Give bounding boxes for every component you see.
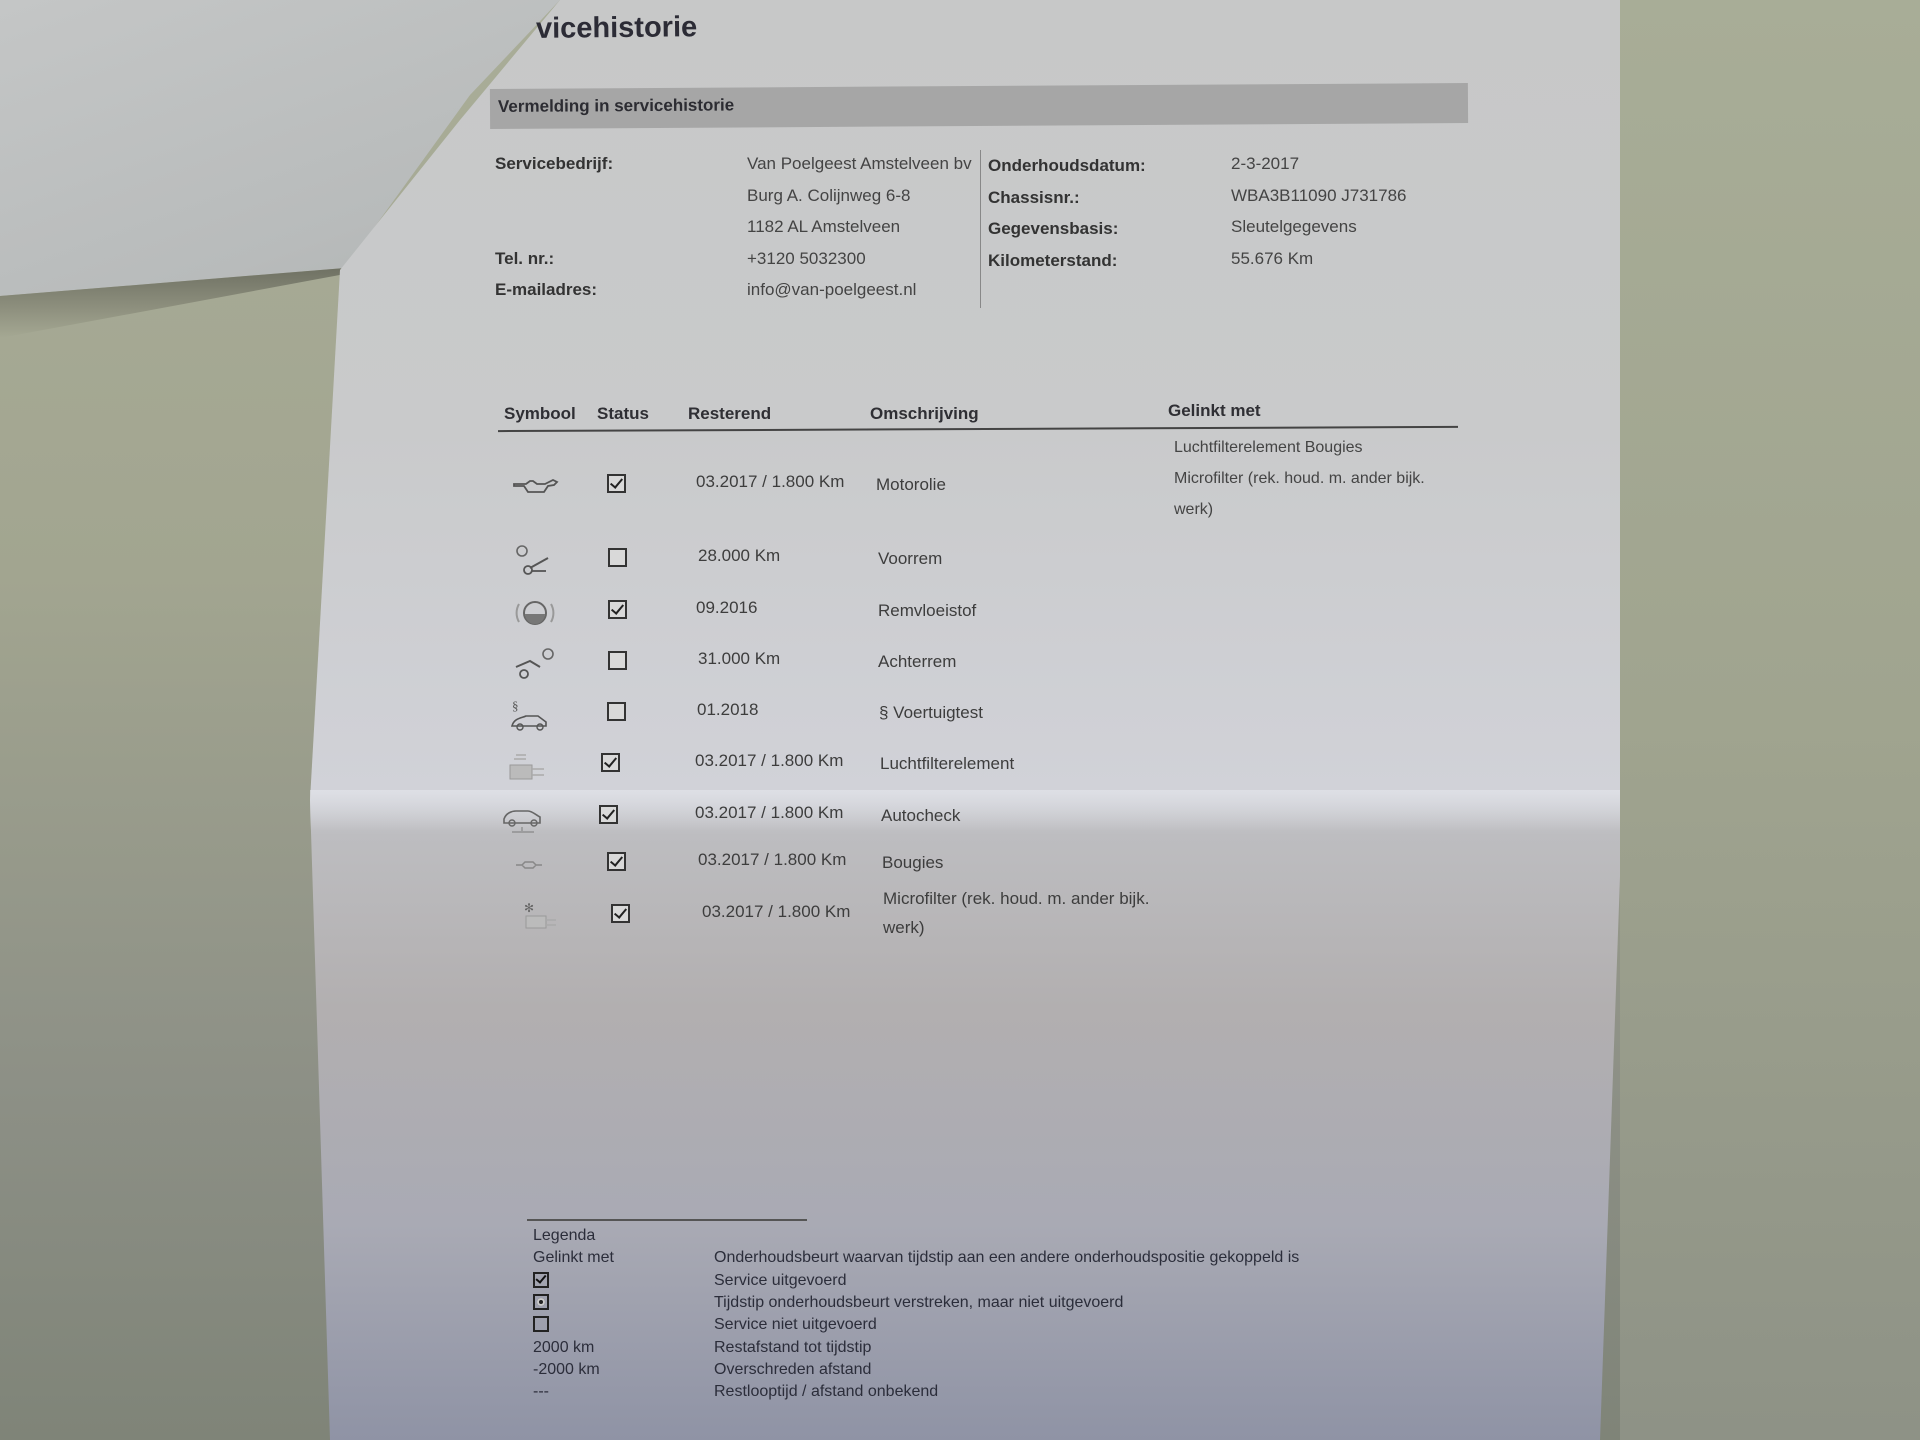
- table-row: 28.000 KmVoorrem: [0, 540, 1920, 580]
- legend-key: 2000 km: [533, 1337, 594, 1359]
- spark-plug-icon: [504, 848, 554, 882]
- description-value: Microfilter (rek. houd. m. ander bijk.we…: [883, 884, 1149, 942]
- description-value: Remvloeistof: [878, 596, 976, 625]
- table-row: 03.2017 / 1.800 KmBougies: [0, 844, 1920, 884]
- oil-can-icon: [510, 470, 560, 504]
- check-done-icon: [533, 1270, 549, 1293]
- vehicle-labels: Onderhoudsdatum: Chassisnr.: Gegevensbas…: [988, 150, 1218, 276]
- legend-description: Tijdstip onderhoudsbeurt verstreken, maa…: [714, 1292, 1123, 1314]
- description-value: Motorolie: [876, 470, 946, 499]
- email-value: info@van-poelgeest.nl: [747, 274, 987, 306]
- legend-title: Legenda: [533, 1225, 595, 1247]
- company-labels: Servicebedrijf: Tel. nr.: E-mailadres:: [495, 148, 695, 306]
- legend-key: ---: [533, 1381, 549, 1403]
- remaining-value: 03.2017 / 1.800 Km: [698, 850, 846, 870]
- header-status: Status: [597, 404, 649, 424]
- status-checkbox-checked: [611, 904, 630, 923]
- header-description: Omschrijving: [870, 404, 979, 424]
- status-checkbox-checked: [607, 852, 626, 871]
- car-check-icon: [500, 801, 550, 835]
- status-checkbox-checked: [608, 600, 627, 619]
- remaining-value: 03.2017 / 1.800 Km: [695, 803, 843, 823]
- legend-key: -2000 km: [533, 1359, 600, 1381]
- vehicle-values: 2-3-2017 WBA3B11090 J731786 Sleutelgegev…: [1231, 148, 1471, 274]
- company-label: Servicebedrijf:: [495, 148, 695, 180]
- description-value: Achterrem: [878, 647, 956, 676]
- company-name: Van Poelgeest Amstelveen bv: [747, 148, 987, 180]
- page-title: vicehistorie: [536, 11, 698, 46]
- description-value: Luchtfilterelement: [880, 749, 1014, 778]
- table-row: ✻03.2017 / 1.800 KmMicrofilter (rek. hou…: [0, 896, 1920, 936]
- remaining-value: 03.2017 / 1.800 Km: [696, 472, 844, 492]
- remaining-value: 28.000 Km: [698, 546, 780, 566]
- check-empty-icon: [533, 1314, 549, 1337]
- info-divider: [980, 150, 981, 308]
- mileage-label: Kilometerstand:: [988, 245, 1218, 277]
- header-linked: Gelinkt met: [1168, 401, 1261, 421]
- description-value: Autocheck: [881, 801, 960, 830]
- rear-brake-icon: [510, 647, 560, 681]
- chassis-label: Chassisnr.:: [988, 182, 1218, 214]
- table-row: 09.2016Remvloeistof: [0, 592, 1920, 632]
- legend-rule: [527, 1219, 807, 1221]
- table-row: §01.2018§ Voertuigtest: [0, 694, 1920, 734]
- status-checkbox-checked: [599, 805, 618, 824]
- table-row: 03.2017 / 1.800 KmAutocheck: [0, 797, 1920, 837]
- microfilter-icon: ✻: [512, 900, 562, 934]
- description-value: Bougies: [882, 848, 943, 877]
- description-value: § Voertuigtest: [879, 698, 983, 727]
- status-checkbox-checked: [601, 753, 620, 772]
- phone-value: +3120 5032300: [747, 243, 987, 275]
- service-table-header: Symbool Status Resterend Omschrijving Ge…: [500, 402, 1460, 428]
- remaining-value: 03.2017 / 1.800 Km: [695, 751, 843, 771]
- date-value: 2-3-2017: [1231, 148, 1471, 180]
- legend-description: Onderhoudsbeurt waarvan tijdstip aan een…: [714, 1247, 1299, 1269]
- chassis-value: WBA3B11090 J731786: [1231, 180, 1471, 212]
- legend-key: Gelinkt met: [533, 1247, 614, 1269]
- address-line1: Burg A. Colijnweg 6-8: [747, 180, 987, 212]
- front-brake-icon: [510, 544, 560, 578]
- company-values: Van Poelgeest Amstelveen bv Burg A. Coli…: [747, 148, 987, 306]
- vehicle-inspection-icon: §: [508, 698, 558, 732]
- svg-text:✻: ✻: [524, 901, 534, 915]
- email-label: E-mailadres:: [495, 274, 695, 306]
- check-overdue-icon: [533, 1292, 549, 1315]
- table-row: 03.2017 / 1.800 KmLuchtfilterelement: [0, 745, 1920, 785]
- header-symbol: Symbool: [504, 404, 576, 424]
- basis-label: Gegevensbasis:: [988, 213, 1218, 245]
- brake-fluid-icon: [510, 596, 560, 630]
- svg-text:§: §: [512, 698, 519, 713]
- document: vicehistorie Vermelding in servicehistor…: [0, 0, 1920, 1440]
- header-remaining: Resterend: [688, 404, 771, 424]
- remaining-value: 03.2017 / 1.800 Km: [702, 902, 850, 922]
- status-checkbox-checked: [607, 474, 626, 493]
- section-header: Vermelding in servicehistorie: [490, 83, 1468, 129]
- table-row: 31.000 KmAchterrem: [0, 643, 1920, 683]
- remaining-value: 01.2018: [697, 700, 758, 720]
- air-filter-icon: [502, 749, 552, 783]
- table-row: 03.2017 / 1.800 KmMotorolie: [0, 466, 1920, 506]
- legend-description: Service niet uitgevoerd: [714, 1314, 877, 1336]
- section-title: Vermelding in servicehistorie: [498, 95, 734, 116]
- legend-description: Overschreden afstand: [714, 1359, 871, 1381]
- status-checkbox-empty: [608, 651, 627, 670]
- legend-description: Service uitgevoerd: [714, 1270, 847, 1292]
- description-value: Voorrem: [878, 544, 942, 573]
- legend-description: Restlooptijd / afstand onbekend: [714, 1381, 938, 1403]
- remaining-value: 09.2016: [696, 598, 757, 618]
- status-checkbox-empty: [608, 548, 627, 567]
- linked-item: Luchtfilterelement Bougies: [1174, 432, 1425, 463]
- legend-description: Restafstand tot tijdstip: [714, 1337, 871, 1359]
- remaining-value: 31.000 Km: [698, 649, 780, 669]
- phone-label: Tel. nr.:: [495, 243, 695, 275]
- status-checkbox-empty: [607, 702, 626, 721]
- mileage-value: 55.676 Km: [1231, 243, 1471, 275]
- address-line2: 1182 AL Amstelveen: [747, 211, 987, 243]
- basis-value: Sleutelgegevens: [1231, 211, 1471, 243]
- date-label: Onderhoudsdatum:: [988, 150, 1218, 182]
